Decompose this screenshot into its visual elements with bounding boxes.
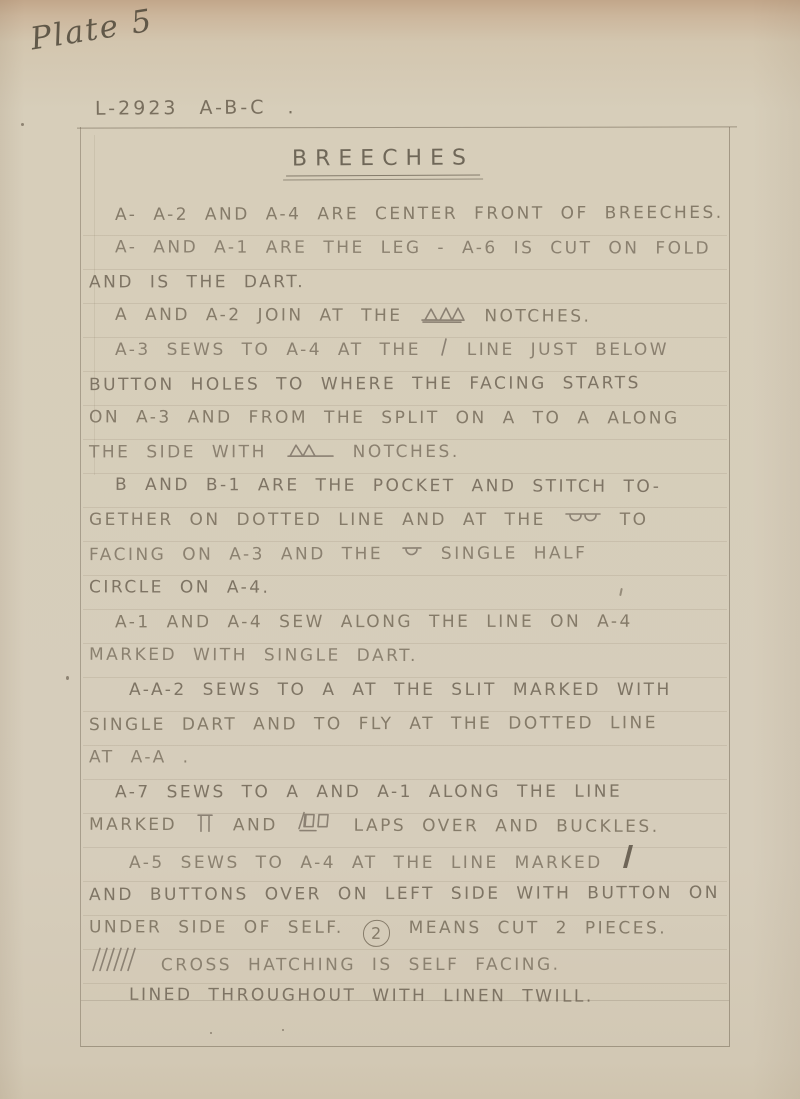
text-line: BUTTON HOLES TO WHERE THE FACING STARTS — [89, 366, 733, 402]
text-line: MARKED AND LAPS OVER AND BUCKLES. — [89, 808, 733, 844]
text-segment: LINED THROUGHOUT WITH LINEN TWILL. — [129, 985, 594, 1007]
single-cup-icon — [399, 544, 425, 564]
text-segment: A-1 AND A-4 SEW ALONG THE LINE ON A-4 — [115, 612, 633, 633]
text-line: GETHER ON DOTTED LINE AND AT THE TO — [89, 503, 733, 537]
text-segment: SINGLE HALF — [441, 543, 588, 564]
document-body: A- A-2 AND A-4 ARE CENTER FRONT OF BREEC… — [89, 197, 733, 1013]
text-segment: MEANS CUT 2 PIECES. — [409, 918, 668, 939]
solid-bar-icon — [619, 853, 637, 873]
text-line: A-1 AND A-4 SEW ALONG THE LINE ON A-4 — [89, 605, 733, 640]
triple-notch-icon — [418, 306, 468, 326]
text-segment: NOTCHES. — [353, 442, 460, 462]
scanned-page: Plate 5 L-2923 A-B-C . BREECHES A- A-2 A… — [0, 0, 800, 1099]
text-segment: A AND A-2 JOIN AT THE — [115, 305, 403, 326]
text-segment: BUTTON HOLES TO WHERE THE FACING STARTS — [89, 373, 641, 395]
text-segment: UNDER SIDE OF SELF. — [89, 917, 344, 938]
text-segment: FACING ON A-3 AND THE — [89, 544, 383, 565]
text-segment: MARKED WITH SINGLE DART. — [89, 645, 418, 666]
text-line: LINED THROUGHOUT WITH LINEN TWILL. — [89, 978, 733, 1014]
pencil-frame: BREECHES A- A-2 AND A-4 ARE CENTER FRONT… — [80, 127, 730, 1047]
text-segment: AND BUTTONS OVER ON LEFT SIDE WITH BUTTO… — [89, 883, 720, 905]
text-line: MARKED WITH SINGLE DART. — [89, 638, 733, 674]
text-line: THE SIDE WITH NOTCHES. — [89, 435, 733, 470]
text-segment: A- A-2 AND A-4 ARE CENTER FRONT OF BREEC… — [115, 203, 724, 225]
double-cup-icon — [562, 510, 604, 530]
plate-label: Plate 5 — [28, 3, 156, 58]
text-segment: SINGLE DART AND TO FLY AT THE DOTTED LIN… — [89, 713, 658, 735]
text-segment: A-A-2 SEWS TO A AT THE SLIT MARKED WITH — [129, 680, 672, 700]
pattern-code: L-2923 A-B-C . — [95, 96, 297, 119]
line-mark-icon — [437, 340, 451, 360]
text-line: A- A-2 AND A-4 ARE CENTER FRONT OF BREEC… — [89, 196, 733, 232]
text-line: A-7 SEWS TO A AND A-1 ALONG THE LINE — [89, 775, 733, 810]
text-line: A-3 SEWS TO A-4 AT THE LINE JUST BELOW — [89, 333, 733, 367]
circled-count-icon: 2 — [363, 920, 390, 947]
text-line: CROSS HATCHING IS SELF FACING. — [89, 945, 733, 980]
text-segment: A- AND A-1 ARE THE LEG - A-6 IS CUT ON F… — [115, 237, 711, 258]
pi-mark-icon — [193, 815, 217, 835]
text-segment: AND IS THE DART. — [89, 272, 305, 292]
text-segment: THE SIDE WITH — [89, 442, 267, 462]
text-line: ON A-3 AND FROM THE SPLIT ON A TO A ALON… — [89, 400, 733, 435]
text-segment: CIRCLE ON A-4. — [89, 577, 270, 597]
text-line: FACING ON A-3 AND THE SINGLE HALF — [89, 536, 733, 572]
text-line: A- AND A-1 ARE THE LEG - A-6 IS CUT ON F… — [89, 230, 733, 265]
text-segment: B AND B-1 ARE THE POCKET AND STITCH TO- — [115, 475, 661, 497]
inner-bottom-rule — [81, 1000, 729, 1001]
text-line: B AND B-1 ARE THE POCKET AND STITCH TO- — [89, 468, 733, 504]
text-line: A-5 SEWS TO A-4 AT THE LINE MARKED — [89, 843, 733, 877]
text-line: UNDER SIDE OF SELF. 2 MEANS CUT 2 PIECES… — [89, 910, 733, 945]
text-line: A AND A-2 JOIN AT THE NOTCHES. — [89, 298, 733, 334]
text-line: AND BUTTONS OVER ON LEFT SIDE WITH BUTTO… — [89, 876, 733, 912]
text-line: A-A-2 SEWS TO A AT THE SLIT MARKED WITH — [89, 673, 733, 707]
text-segment: MARKED — [89, 815, 177, 835]
lap-boxes-icon — [294, 816, 338, 836]
text-line: SINGLE DART AND TO FLY AT THE DOTTED LIN… — [89, 706, 733, 742]
text-line: CIRCLE ON A-4. — [89, 570, 733, 605]
text-line: AND IS THE DART. — [89, 265, 733, 300]
text-segment: GETHER ON DOTTED LINE AND AT THE — [89, 510, 546, 530]
text-segment: A-7 SEWS TO A AND A-1 ALONG THE LINE — [115, 782, 622, 803]
text-line: AT A-A . — [89, 740, 733, 775]
text-segment: A-5 SEWS TO A-4 AT THE LINE MARKED — [129, 853, 603, 873]
text-segment: LINE JUST BELOW — [467, 340, 669, 360]
pencil-dot — [21, 123, 24, 126]
text-segment: LAPS OVER AND BUCKLES. — [354, 816, 660, 837]
text-segment: NOTCHES. — [484, 306, 591, 326]
text-segment: TO — [620, 510, 649, 530]
pencil-dot — [66, 676, 69, 680]
text-segment: CROSS HATCHING IS SELF FACING. — [161, 955, 561, 976]
hatch-slashes-icon — [89, 955, 145, 975]
pencil-dot — [282, 1029, 284, 1031]
text-segment: ON A-3 AND FROM THE SPLIT ON A TO A ALON… — [89, 407, 680, 428]
pencil-dot — [210, 1032, 212, 1034]
text-segment: AND — [233, 815, 278, 835]
text-segment: AT A-A . — [89, 747, 191, 767]
text-segment: A-3 SEWS TO A-4 AT THE — [115, 340, 421, 360]
page-title: BREECHES — [286, 145, 480, 176]
double-notch-icon — [283, 442, 337, 462]
